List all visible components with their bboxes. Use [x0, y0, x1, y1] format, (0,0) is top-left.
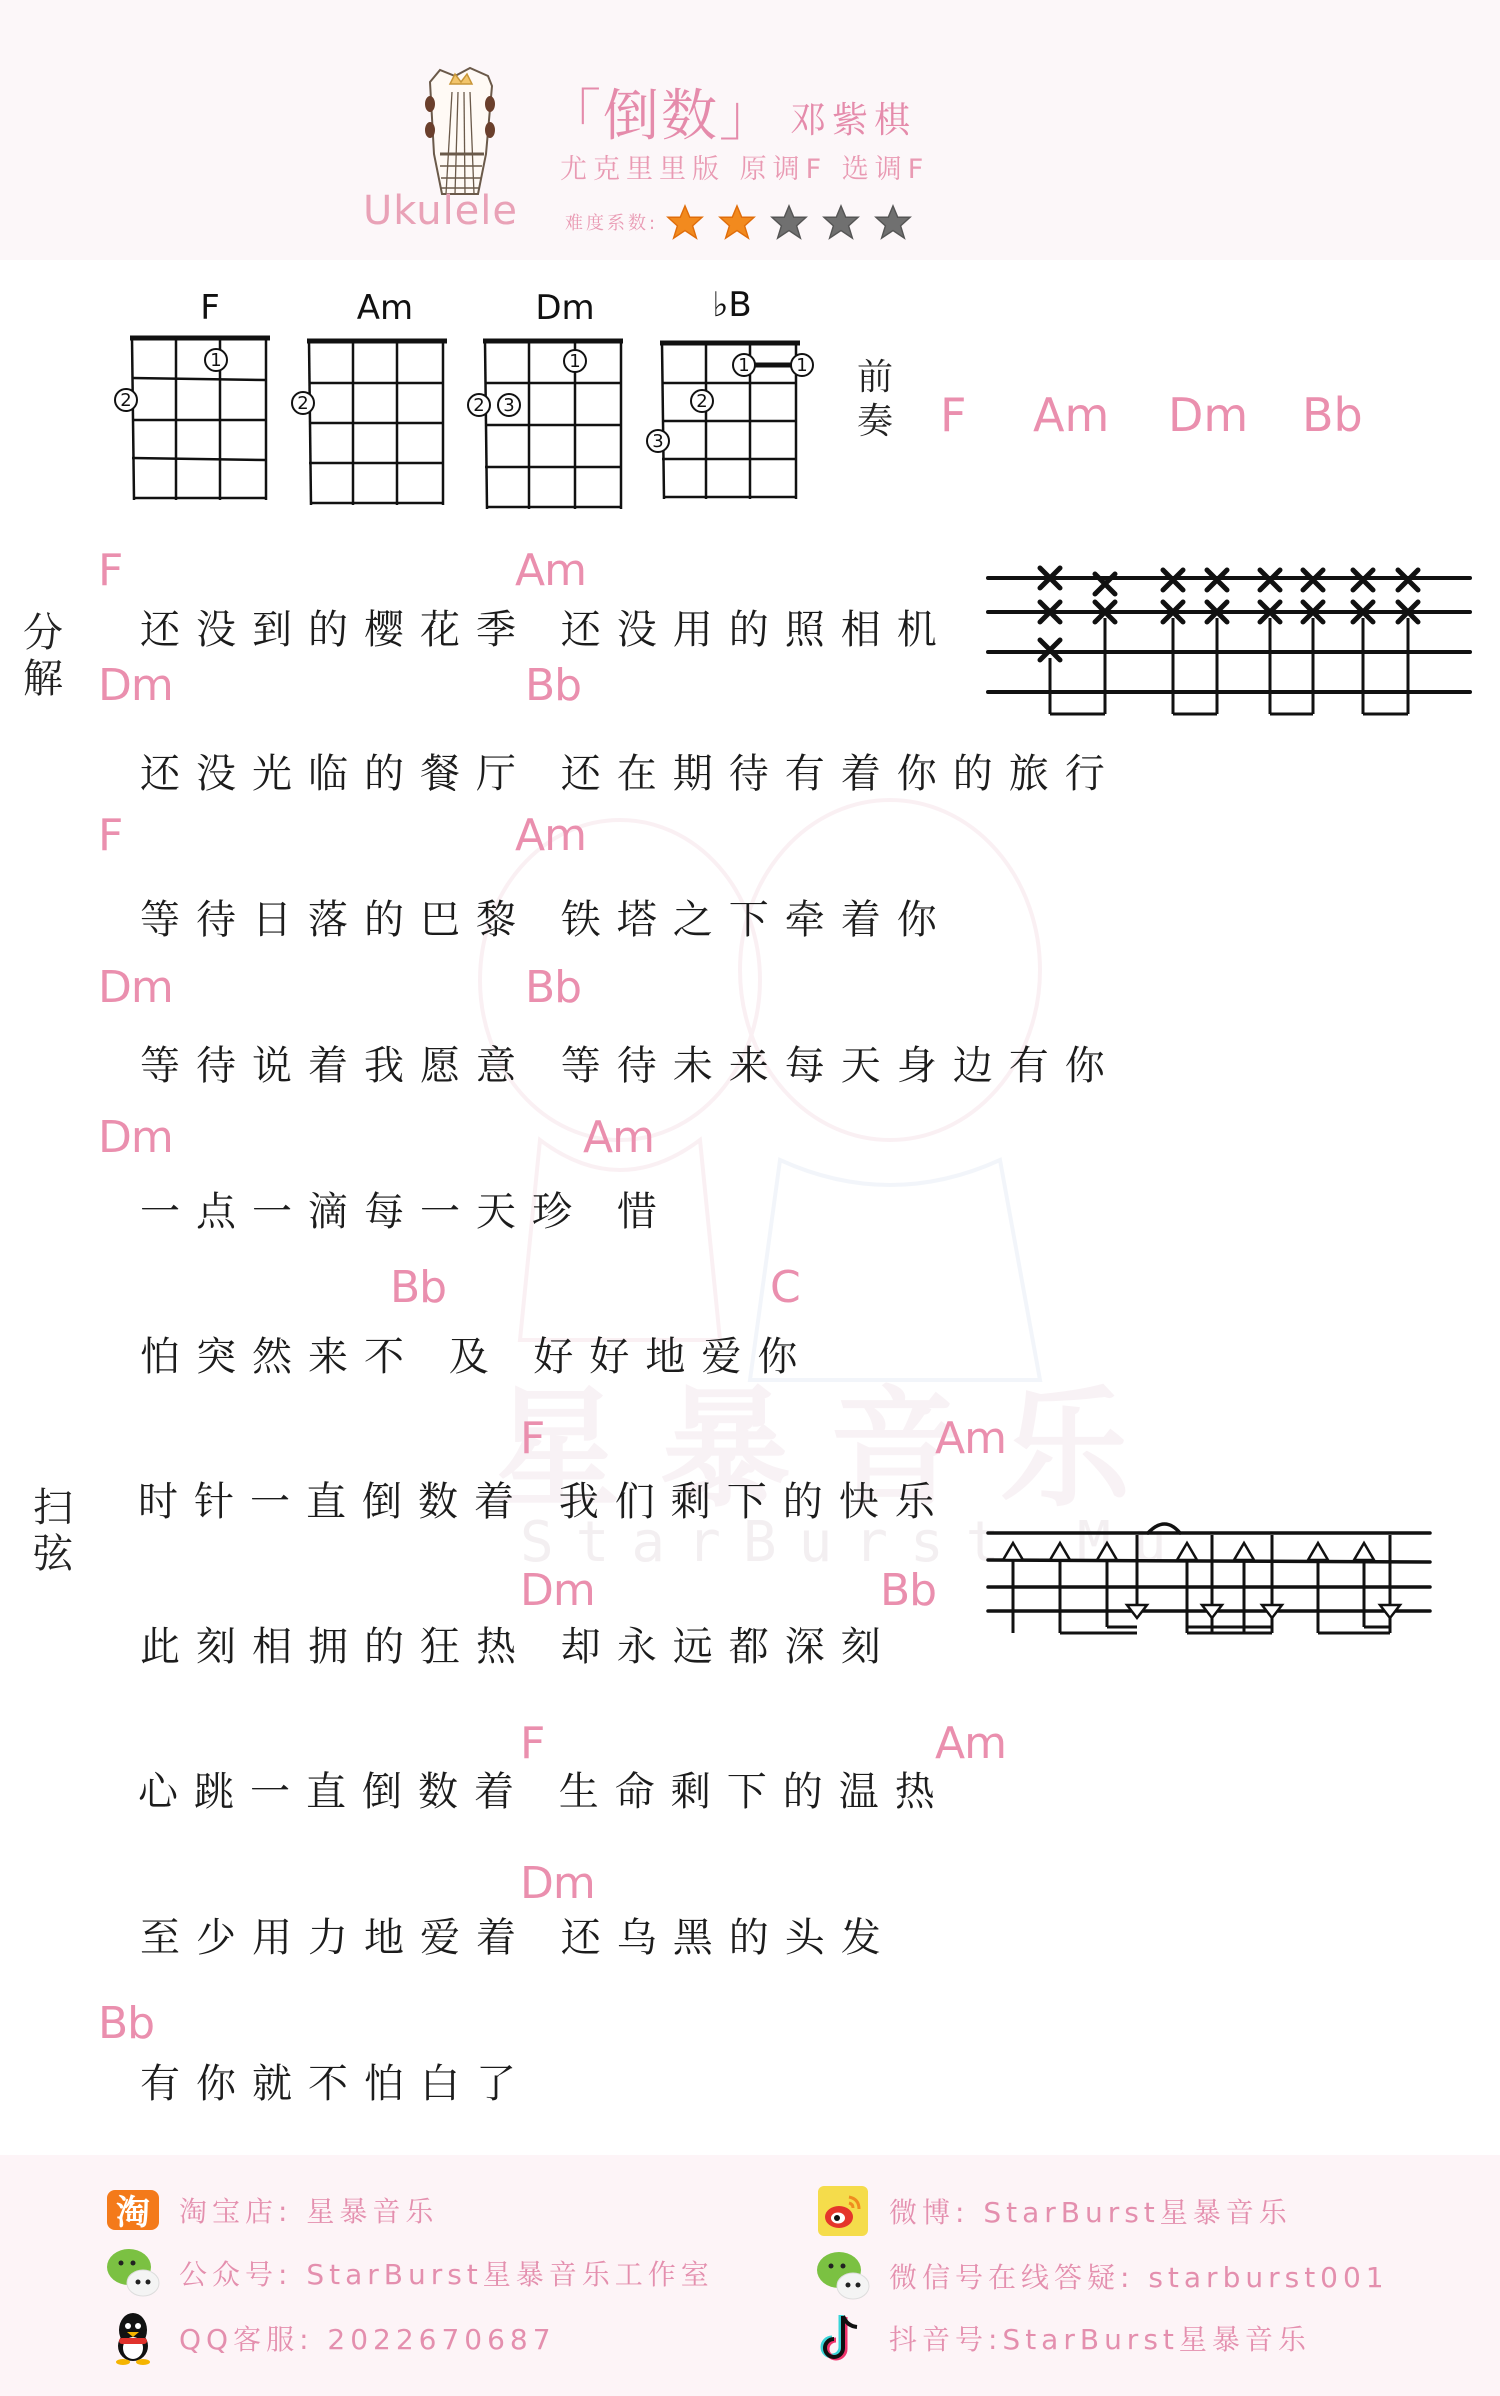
footer-wechat-official[interactable]: 公众号: StarBurst星暴音乐工作室: [105, 2245, 714, 2301]
intro-chord: Bb: [1302, 388, 1363, 442]
song-title: 「倒数」: [545, 72, 777, 152]
chord-diagram-name: Am: [315, 288, 455, 328]
svg-text:1: 1: [738, 355, 749, 376]
ukulele-headstock-icon: [400, 62, 520, 197]
footer-text: 微信号在线答疑: starburst001: [889, 2256, 1389, 2296]
star-empty-icon: [874, 203, 912, 241]
chord-marker: Am: [583, 1112, 654, 1163]
svg-text:3: 3: [503, 395, 514, 416]
difficulty-rating: 难度系数:: [565, 203, 926, 241]
watermark-illustration: [420, 780, 1140, 1420]
chord-marker: F: [520, 1413, 544, 1464]
artist-name: 邓紫棋: [790, 92, 916, 143]
chord-marker: Dm: [98, 962, 173, 1013]
strumming-pattern-diagram: [980, 1505, 1440, 1645]
footer-wechat-qa[interactable]: 微信号在线答疑: starburst001: [815, 2248, 1389, 2304]
chord-diagram-name: ♭B: [662, 285, 802, 325]
lyric-line: 一点一滴每一天珍 惜: [140, 1180, 673, 1237]
chord-marker: Bb: [98, 1998, 154, 2049]
chord-marker: Dm: [98, 1112, 173, 1163]
wechat-icon: [105, 2245, 161, 2301]
intro-chord: Am: [1033, 388, 1109, 442]
chord-marker: Bb: [525, 660, 581, 711]
svg-text:1: 1: [569, 351, 580, 372]
svg-text:1: 1: [210, 350, 221, 371]
star-empty-icon: [822, 203, 860, 241]
lyric-line: 时针一直倒数着 我们剩下的快乐: [138, 1470, 951, 1527]
header: Ukulele 「倒数」 邓紫棋 尤克里里版 原调F 选调F 难度系数:: [0, 0, 1500, 260]
star-filled-icon: [666, 203, 704, 241]
chord-diagram-name: Dm: [495, 288, 635, 328]
section-label-fingerpicking: 分解: [20, 610, 66, 702]
chord-marker: Bb: [880, 1565, 936, 1616]
difficulty-label: 难度系数:: [565, 209, 658, 235]
lyric-line: 还没到的樱花季 还没用的照相机: [140, 598, 953, 655]
chord-diagram-name: F: [140, 288, 280, 328]
lyric-line: 等待日落的巴黎 铁塔之下牵着你: [140, 888, 953, 945]
douyin-icon: [815, 2310, 871, 2366]
lyric-line: 有你就不怕白了: [140, 2052, 532, 2109]
footer-text: 淘宝店: 星暴音乐: [179, 2190, 438, 2230]
chord-marker: Bb: [390, 1262, 446, 1313]
footer-text: 抖音号:StarBurst星暴音乐: [889, 2318, 1311, 2358]
footer-qq[interactable]: QQ客服: 2022670687: [105, 2310, 556, 2366]
lyric-line: 心跳一直倒数着 生命剩下的温热: [138, 1760, 951, 1817]
lyric-line: 还没光临的餐厅 还在期待有着你的旅行: [140, 742, 1121, 799]
section-label-strumming: 扫弦: [30, 1485, 76, 1577]
song-subtitle: 尤克里里版 原调F 选调F: [560, 147, 929, 186]
chord-marker: Am: [515, 810, 586, 861]
qq-icon: [105, 2310, 161, 2366]
svg-text:淘: 淘: [116, 2193, 150, 2233]
intro-label: 前奏: [855, 356, 895, 444]
chord-marker: C: [770, 1262, 800, 1313]
footer-text: 公众号: StarBurst星暴音乐工作室: [179, 2253, 714, 2293]
weibo-icon: [815, 2183, 871, 2239]
footer-douyin[interactable]: 抖音号:StarBurst星暴音乐: [815, 2310, 1311, 2366]
intro-chord: F: [940, 388, 966, 442]
chord-marker: F: [98, 810, 122, 861]
svg-text:1: 1: [796, 355, 807, 376]
chord-marker: Bb: [525, 962, 581, 1013]
svg-text:2: 2: [696, 391, 707, 412]
svg-text:2: 2: [473, 395, 484, 416]
star-filled-icon: [718, 203, 756, 241]
chord-marker: Dm: [520, 1565, 595, 1616]
svg-text:2: 2: [120, 390, 131, 411]
footer-weibo[interactable]: 微博: StarBurst星暴音乐: [815, 2183, 1292, 2239]
fingerpicking-pattern-diagram: [980, 550, 1480, 730]
chord-marker: Dm: [520, 1858, 595, 1909]
star-empty-icon: [770, 203, 808, 241]
svg-text:2: 2: [297, 393, 308, 414]
lyric-line: 此刻相拥的狂热 却永远都深刻: [140, 1615, 897, 1672]
footer-taobao[interactable]: 淘 淘宝店: 星暴音乐: [105, 2182, 438, 2238]
chord-marker: F: [98, 545, 122, 596]
chord-marker: Am: [935, 1413, 1006, 1464]
intro-chord: Dm: [1168, 388, 1248, 442]
wechat-icon: [815, 2248, 871, 2304]
chord-marker: Dm: [98, 660, 173, 711]
lyric-line: 至少用力地爱着 还乌黑的头发: [140, 1906, 897, 1963]
logo-label: Ukulele: [363, 188, 518, 234]
footer: 淘 淘宝店: 星暴音乐 公众号: StarBurst星暴音乐工作室 QQ客服: …: [0, 2155, 1500, 2396]
svg-text:3: 3: [652, 431, 663, 452]
footer-text: QQ客服: 2022670687: [179, 2318, 556, 2358]
lyric-line: 怕突然来不 及 好好地爱你: [140, 1325, 813, 1382]
footer-text: 微博: StarBurst星暴音乐: [889, 2191, 1292, 2231]
taobao-icon: 淘: [105, 2182, 161, 2238]
lyric-line: 等待说着我愿意 等待未来每天身边有你: [140, 1034, 1121, 1091]
chord-marker: Am: [515, 545, 586, 596]
